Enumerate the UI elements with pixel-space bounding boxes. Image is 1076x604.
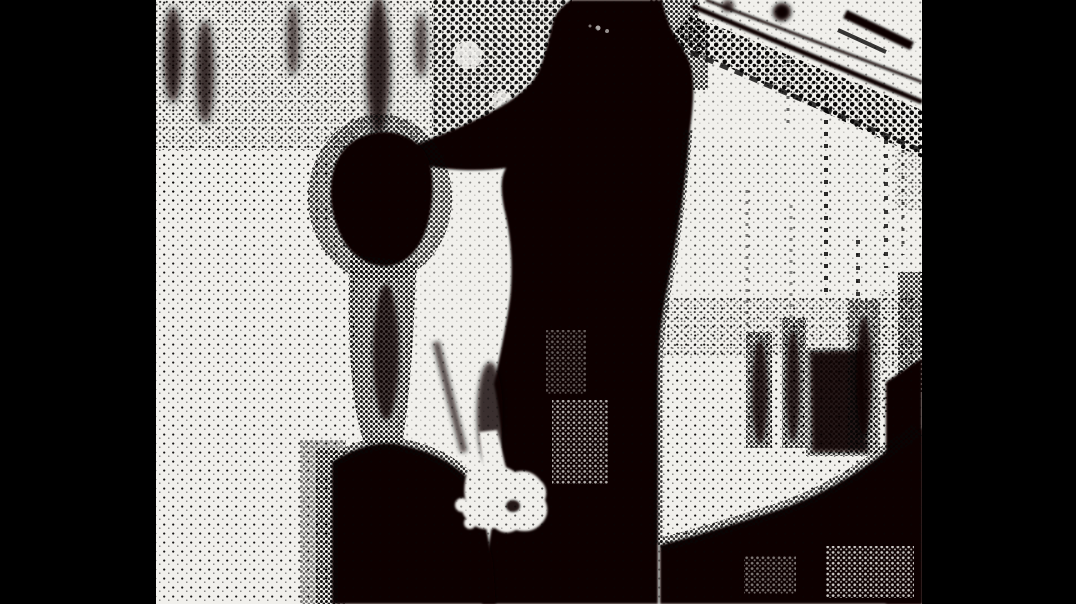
- pillarbox-left-bar: [0, 0, 156, 604]
- global-halftone-overlay: [156, 0, 922, 604]
- photo-canvas: Grainy halftone black-and-white photogra…: [0, 0, 1076, 604]
- halftone-photo-frame: Grainy halftone black-and-white photogra…: [0, 0, 1076, 604]
- pillarbox-right-bar: [922, 0, 1076, 604]
